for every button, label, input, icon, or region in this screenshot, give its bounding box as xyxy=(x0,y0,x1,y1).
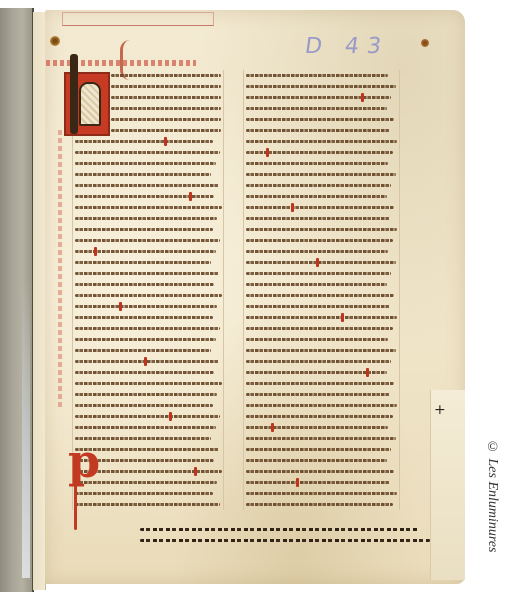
script-line xyxy=(246,404,397,407)
rubric-mark xyxy=(266,148,269,157)
script-line xyxy=(246,162,388,165)
script-line xyxy=(111,129,221,132)
script-line xyxy=(246,426,388,429)
colophon-line xyxy=(140,539,430,542)
rubric-mark xyxy=(271,423,274,432)
script-line xyxy=(246,481,390,484)
script-line xyxy=(75,151,220,154)
script-line xyxy=(75,294,222,297)
script-line xyxy=(246,129,390,132)
script-line xyxy=(246,305,390,308)
margin-cross-mark: + xyxy=(434,402,446,418)
script-line xyxy=(75,503,220,506)
script-line xyxy=(75,349,211,352)
leaf-repair-patch xyxy=(430,390,465,580)
decorative-border-left xyxy=(58,130,62,410)
script-line xyxy=(246,261,396,264)
colophon-line xyxy=(140,528,418,531)
script-line xyxy=(246,492,397,495)
script-line xyxy=(75,217,217,220)
script-line xyxy=(246,448,391,451)
script-line xyxy=(246,393,390,396)
script-line xyxy=(75,393,217,396)
script-line xyxy=(246,184,391,187)
script-line xyxy=(246,228,397,231)
script-line xyxy=(246,327,393,330)
script-line xyxy=(75,239,220,242)
script-line xyxy=(75,272,219,275)
rubric-mark xyxy=(361,93,364,102)
text-column-right xyxy=(243,70,400,510)
script-line xyxy=(246,360,391,363)
script-line xyxy=(246,250,388,253)
rubric-mark xyxy=(164,137,167,146)
script-line xyxy=(111,118,221,121)
shelfmark: D 43 xyxy=(303,34,390,59)
rubric-mark xyxy=(291,203,294,212)
rubric-mark xyxy=(144,357,147,366)
script-line xyxy=(111,96,221,99)
script-line xyxy=(75,261,211,264)
script-line xyxy=(246,272,391,275)
script-line xyxy=(246,85,396,88)
script-line xyxy=(75,195,214,198)
script-line xyxy=(246,206,394,209)
script-line xyxy=(246,283,387,286)
script-line xyxy=(75,382,222,385)
script-line xyxy=(75,404,213,407)
script-line xyxy=(75,415,220,418)
script-line xyxy=(75,316,213,319)
script-line xyxy=(246,382,394,385)
top-margin-frame xyxy=(62,12,214,26)
script-line xyxy=(75,338,216,341)
illuminated-initial-h xyxy=(64,72,110,136)
rubric-mark xyxy=(94,247,97,256)
script-line xyxy=(246,96,391,99)
script-line xyxy=(246,239,393,242)
script-line xyxy=(246,459,387,462)
rubric-mark xyxy=(169,412,172,421)
script-line xyxy=(246,74,388,77)
rubricated-initial-p: p xyxy=(68,438,100,484)
stain-top-right xyxy=(421,39,429,47)
rubric-mark xyxy=(296,478,299,487)
script-line xyxy=(246,338,388,341)
script-line xyxy=(75,173,211,176)
script-line xyxy=(75,426,216,429)
colophon-inscription xyxy=(140,528,430,550)
script-line xyxy=(246,503,393,506)
script-line xyxy=(246,316,397,319)
script-line xyxy=(75,140,213,143)
copyright-watermark: © Les Enluminures xyxy=(478,440,500,590)
rubric-mark xyxy=(194,467,197,476)
script-line xyxy=(111,85,221,88)
script-line xyxy=(246,415,393,418)
script-line xyxy=(111,107,221,110)
script-line xyxy=(75,327,220,330)
script-line xyxy=(75,305,217,308)
script-line xyxy=(246,349,396,352)
rubric-mark xyxy=(341,313,344,322)
script-line xyxy=(75,228,213,231)
script-line xyxy=(75,162,216,165)
script-line xyxy=(246,470,394,473)
rubric-mark xyxy=(119,302,122,311)
script-line xyxy=(246,437,396,440)
script-line xyxy=(75,283,214,286)
script-line xyxy=(75,206,222,209)
script-line xyxy=(75,184,219,187)
script-line xyxy=(246,173,396,176)
script-line xyxy=(111,74,221,77)
script-line xyxy=(75,371,214,374)
stain-top-left xyxy=(50,36,60,46)
script-line xyxy=(246,294,394,297)
script-line xyxy=(246,118,394,121)
script-line xyxy=(246,140,397,143)
initial-p-tail xyxy=(74,480,77,530)
rubric-mark xyxy=(316,258,319,267)
script-line xyxy=(246,107,387,110)
rubric-mark xyxy=(189,192,192,201)
script-line xyxy=(246,217,390,220)
binding-spine xyxy=(0,8,34,592)
script-line xyxy=(246,195,387,198)
script-line xyxy=(75,492,213,495)
rubric-mark xyxy=(366,368,369,377)
